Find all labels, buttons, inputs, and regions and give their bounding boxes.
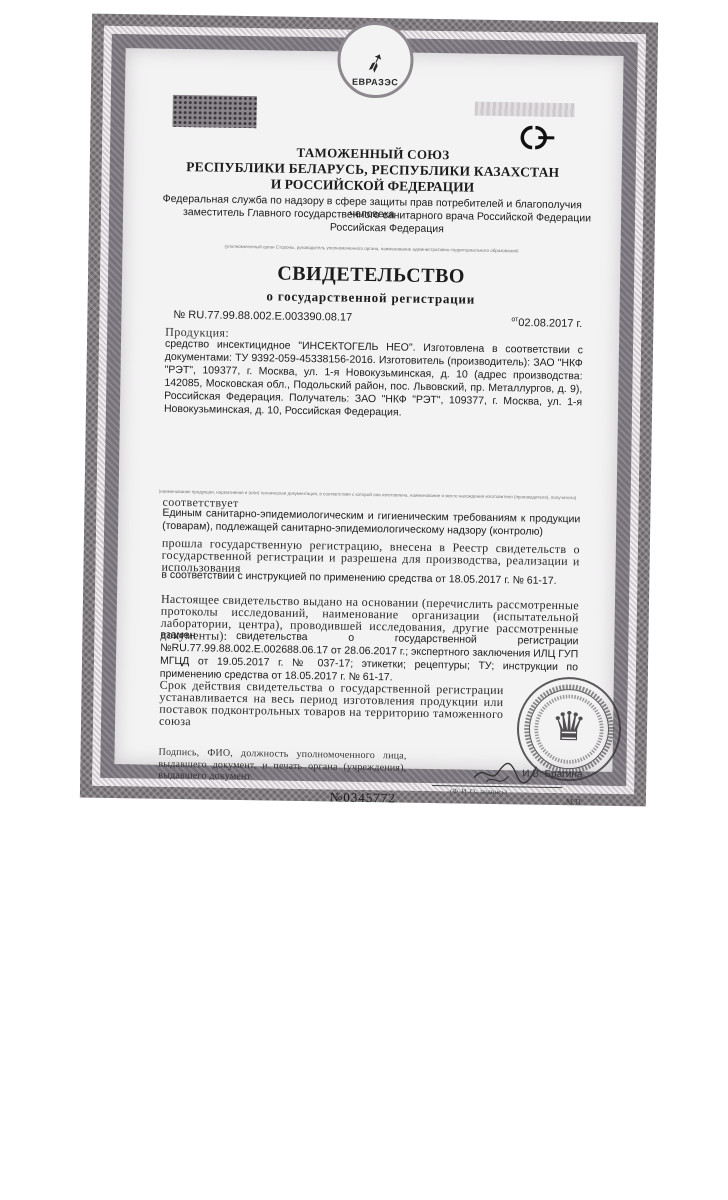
double-headed-eagle-icon: ♛	[519, 706, 620, 748]
certificate-sheet: ТАМОЖЕННЫЙ СОЮЗ РЕСПУБЛИКИ БЕЛАРУСЬ, РЕС…	[80, 14, 658, 807]
certificate-paper: ТАМОЖЕННЫЙ СОЮЗ РЕСПУБЛИКИ БЕЛАРУСЬ, РЕС…	[114, 48, 623, 772]
official-seal: ♛	[516, 676, 622, 782]
registration-number: № RU.77.99.88.002.E.003390.08.17	[173, 309, 352, 324]
signer-name: И.В. Брагина	[522, 768, 582, 780]
guilloche-pattern	[172, 95, 256, 128]
registration-date-block: от02.08.2017 г.	[511, 316, 582, 330]
product-description: средство инсектицидное "ИНСЕКТОГЕЛЬ НЕО"…	[164, 338, 583, 423]
emblem-bird-icon: ➶	[361, 46, 390, 78]
guilloche-strip	[475, 102, 575, 118]
registration-date: 02.08.2017 г.	[518, 317, 582, 330]
authority-caption: (уполномоченный орган Стороны, руководит…	[163, 243, 581, 255]
signature-label: Подпись, ФИО, должность уполномоченного …	[158, 747, 407, 785]
validity-statement: Срок действия свидетельства о государств…	[159, 679, 504, 732]
emblem-label: ЕВРАЗЭС	[352, 77, 398, 88]
complies-requirements: Единым санитарно-эпидемиологическим и ги…	[162, 507, 580, 540]
